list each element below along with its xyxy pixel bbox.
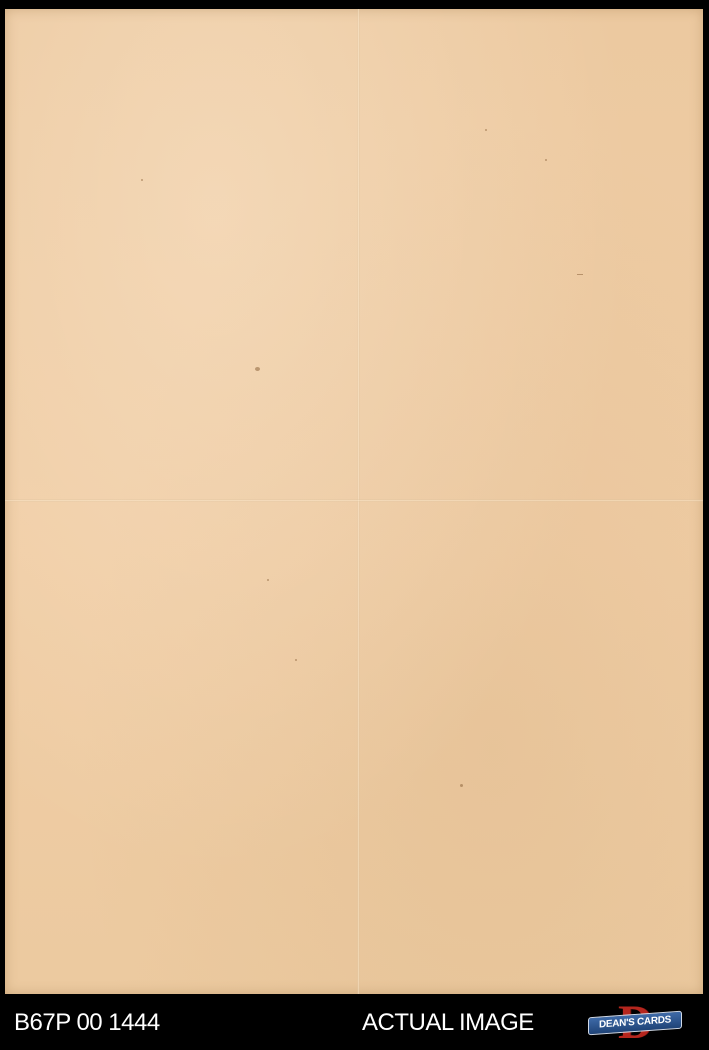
paper-speck — [545, 159, 547, 161]
paper-speck — [255, 367, 260, 371]
paper-speck — [460, 784, 463, 787]
item-code: B67P 00 1444 — [14, 1009, 160, 1037]
paper-speck — [577, 274, 583, 275]
logo-banner: DEAN'S CARDS — [588, 1011, 682, 1036]
deans-cards-logo-icon: D DEAN'S CARDS — [588, 1002, 682, 1044]
paper-speck — [141, 179, 143, 181]
paper-speck — [295, 659, 297, 661]
paper-speck — [485, 129, 487, 131]
paper-speck — [267, 579, 269, 581]
horizontal-fold-line — [5, 499, 703, 502]
footer-bar: B67P 00 1444 ACTUAL IMAGE D DEAN'S CARDS — [0, 996, 709, 1050]
card-back-paper — [5, 9, 703, 994]
actual-image-label: ACTUAL IMAGE — [362, 1009, 534, 1037]
